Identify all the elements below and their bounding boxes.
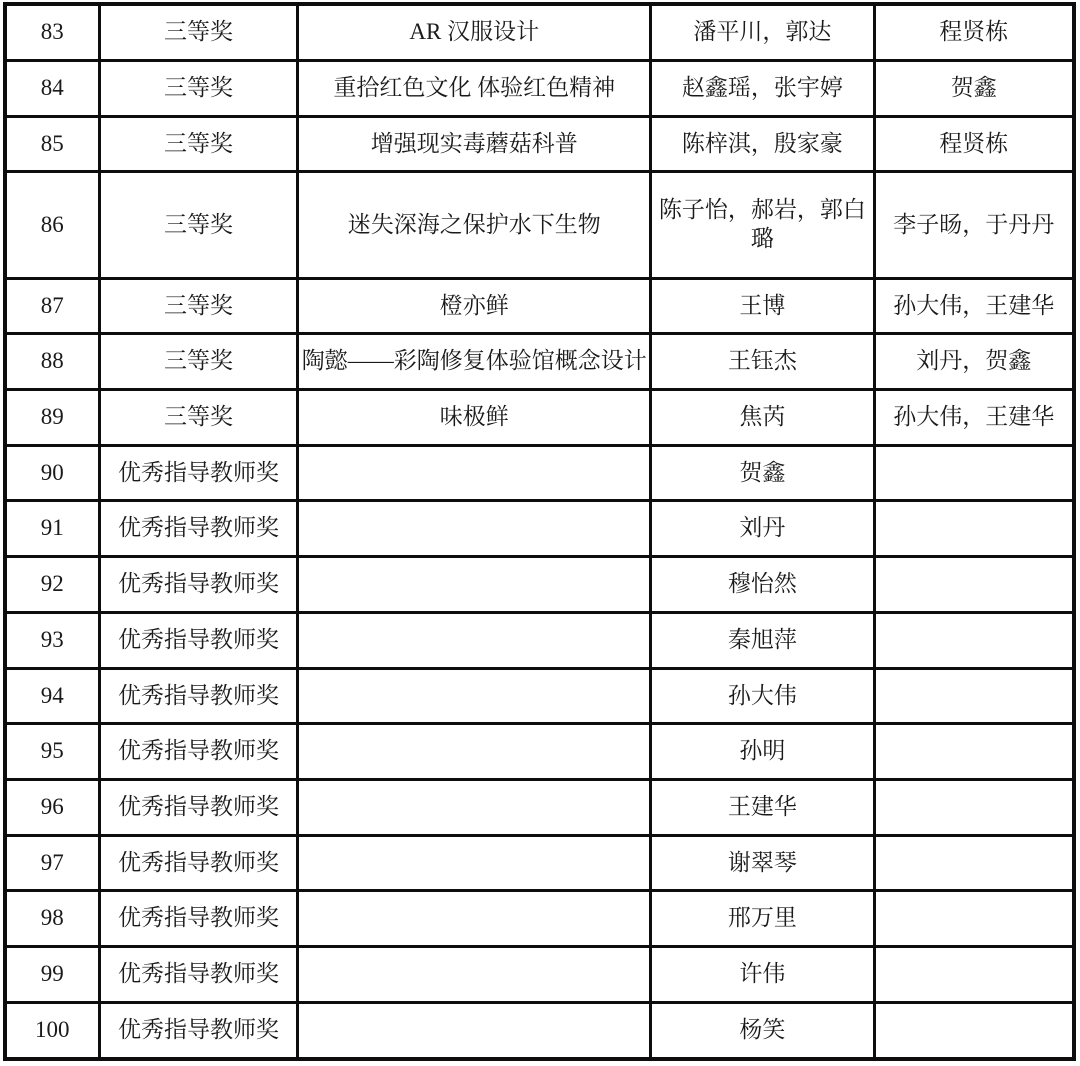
row-number-cell: 98 bbox=[5, 891, 99, 947]
awards-table: 83三等奖AR 汉服设计潘平川，郭达程贤栋84三等奖重拾红色文化 体验红色精神赵… bbox=[3, 2, 1076, 1061]
advisor-cell bbox=[874, 779, 1074, 835]
row-number-cell: 88 bbox=[5, 334, 99, 390]
advisor-cell bbox=[874, 501, 1074, 557]
award-type-cell: 优秀指导教师奖 bbox=[99, 501, 298, 557]
advisor-cell bbox=[874, 835, 1074, 891]
project-name-cell bbox=[298, 724, 651, 780]
project-name-cell: 重拾红色文化 体验红色精神 bbox=[298, 61, 651, 117]
students-cell: 谢翠琴 bbox=[651, 835, 874, 891]
row-number-cell: 97 bbox=[5, 835, 99, 891]
award-type-cell: 三等奖 bbox=[99, 390, 298, 446]
award-type-cell: 优秀指导教师奖 bbox=[99, 612, 298, 668]
project-name-cell bbox=[298, 947, 651, 1003]
advisor-cell: 刘丹，贺鑫 bbox=[874, 334, 1074, 390]
table-row: 99优秀指导教师奖许伟 bbox=[5, 947, 1074, 1003]
students-cell: 穆怡然 bbox=[651, 557, 874, 613]
row-number-cell: 94 bbox=[5, 668, 99, 724]
table-row: 95优秀指导教师奖孙明 bbox=[5, 724, 1074, 780]
row-number-cell: 84 bbox=[5, 61, 99, 117]
award-type-cell: 优秀指导教师奖 bbox=[99, 724, 298, 780]
students-cell: 王建华 bbox=[651, 779, 874, 835]
students-cell: 陈梓淇，殷家豪 bbox=[651, 116, 874, 172]
project-name-cell: 迷失深海之保护水下生物 bbox=[298, 172, 651, 278]
project-name-cell: 增强现实毒蘑菇科普 bbox=[298, 116, 651, 172]
students-cell: 焦芮 bbox=[651, 390, 874, 446]
table-row: 94优秀指导教师奖孙大伟 bbox=[5, 668, 1074, 724]
row-number-cell: 96 bbox=[5, 779, 99, 835]
project-name-cell bbox=[298, 557, 651, 613]
table-row: 88三等奖陶懿——彩陶修复体验馆概念设计王钰杰刘丹，贺鑫 bbox=[5, 334, 1074, 390]
award-type-cell: 三等奖 bbox=[99, 334, 298, 390]
advisor-cell: 孙大伟，王建华 bbox=[874, 390, 1074, 446]
row-number-cell: 92 bbox=[5, 557, 99, 613]
row-number-cell: 89 bbox=[5, 390, 99, 446]
table-row: 100优秀指导教师奖杨笑 bbox=[5, 1002, 1074, 1059]
students-cell: 潘平川，郭达 bbox=[651, 4, 874, 61]
students-cell: 贺鑫 bbox=[651, 445, 874, 501]
project-name-cell bbox=[298, 835, 651, 891]
students-cell: 刘丹 bbox=[651, 501, 874, 557]
award-type-cell: 三等奖 bbox=[99, 4, 298, 61]
table-row: 97优秀指导教师奖谢翠琴 bbox=[5, 835, 1074, 891]
students-cell: 杨笑 bbox=[651, 1002, 874, 1059]
project-name-cell bbox=[298, 501, 651, 557]
table-row: 93优秀指导教师奖秦旭萍 bbox=[5, 612, 1074, 668]
advisor-cell: 孙大伟，王建华 bbox=[874, 278, 1074, 334]
award-type-cell: 三等奖 bbox=[99, 278, 298, 334]
table-row: 91优秀指导教师奖刘丹 bbox=[5, 501, 1074, 557]
award-type-cell: 三等奖 bbox=[99, 116, 298, 172]
award-type-cell: 优秀指导教师奖 bbox=[99, 835, 298, 891]
advisor-cell bbox=[874, 947, 1074, 1003]
table-row: 84三等奖重拾红色文化 体验红色精神赵鑫瑶，张宇婷贺鑫 bbox=[5, 61, 1074, 117]
advisor-cell bbox=[874, 668, 1074, 724]
advisor-cell: 贺鑫 bbox=[874, 61, 1074, 117]
award-type-cell: 优秀指导教师奖 bbox=[99, 445, 298, 501]
project-name-cell: 橙亦鲜 bbox=[298, 278, 651, 334]
advisor-cell bbox=[874, 557, 1074, 613]
table-row: 96优秀指导教师奖王建华 bbox=[5, 779, 1074, 835]
advisor-cell: 程贤栋 bbox=[874, 116, 1074, 172]
table-row: 92优秀指导教师奖穆怡然 bbox=[5, 557, 1074, 613]
project-name-cell bbox=[298, 1002, 651, 1059]
award-type-cell: 优秀指导教师奖 bbox=[99, 779, 298, 835]
students-cell: 孙大伟 bbox=[651, 668, 874, 724]
project-name-cell bbox=[298, 891, 651, 947]
table-row: 89三等奖味极鲜焦芮孙大伟，王建华 bbox=[5, 390, 1074, 446]
row-number-cell: 85 bbox=[5, 116, 99, 172]
award-type-cell: 优秀指导教师奖 bbox=[99, 668, 298, 724]
project-name-cell bbox=[298, 612, 651, 668]
students-cell: 孙明 bbox=[651, 724, 874, 780]
row-number-cell: 91 bbox=[5, 501, 99, 557]
students-cell: 赵鑫瑶，张宇婷 bbox=[651, 61, 874, 117]
award-type-cell: 优秀指导教师奖 bbox=[99, 891, 298, 947]
students-cell: 王钰杰 bbox=[651, 334, 874, 390]
table-row: 87三等奖橙亦鲜王博孙大伟，王建华 bbox=[5, 278, 1074, 334]
students-cell: 邢万里 bbox=[651, 891, 874, 947]
project-name-cell: AR 汉服设计 bbox=[298, 4, 651, 61]
row-number-cell: 99 bbox=[5, 947, 99, 1003]
advisor-cell bbox=[874, 891, 1074, 947]
project-name-cell: 陶懿——彩陶修复体验馆概念设计 bbox=[298, 334, 651, 390]
table-row: 86三等奖迷失深海之保护水下生物陈子怡，郝岩，郭白璐李子旸，于丹丹 bbox=[5, 172, 1074, 278]
advisor-cell bbox=[874, 612, 1074, 668]
advisor-cell bbox=[874, 724, 1074, 780]
advisor-cell: 程贤栋 bbox=[874, 4, 1074, 61]
row-number-cell: 95 bbox=[5, 724, 99, 780]
project-name-cell bbox=[298, 668, 651, 724]
students-cell: 秦旭萍 bbox=[651, 612, 874, 668]
awards-table-body: 83三等奖AR 汉服设计潘平川，郭达程贤栋84三等奖重拾红色文化 体验红色精神赵… bbox=[5, 4, 1074, 1059]
row-number-cell: 83 bbox=[5, 4, 99, 61]
award-type-cell: 三等奖 bbox=[99, 172, 298, 278]
award-type-cell: 优秀指导教师奖 bbox=[99, 1002, 298, 1059]
award-type-cell: 三等奖 bbox=[99, 61, 298, 117]
advisor-cell bbox=[874, 1002, 1074, 1059]
students-cell: 王博 bbox=[651, 278, 874, 334]
row-number-cell: 86 bbox=[5, 172, 99, 278]
students-cell: 许伟 bbox=[651, 947, 874, 1003]
document-page: 83三等奖AR 汉服设计潘平川，郭达程贤栋84三等奖重拾红色文化 体验红色精神赵… bbox=[3, 2, 1076, 1061]
award-type-cell: 优秀指导教师奖 bbox=[99, 947, 298, 1003]
advisor-cell bbox=[874, 445, 1074, 501]
advisor-cell: 李子旸，于丹丹 bbox=[874, 172, 1074, 278]
table-row: 98优秀指导教师奖邢万里 bbox=[5, 891, 1074, 947]
project-name-cell: 味极鲜 bbox=[298, 390, 651, 446]
row-number-cell: 93 bbox=[5, 612, 99, 668]
row-number-cell: 100 bbox=[5, 1002, 99, 1059]
project-name-cell bbox=[298, 445, 651, 501]
row-number-cell: 90 bbox=[5, 445, 99, 501]
row-number-cell: 87 bbox=[5, 278, 99, 334]
table-row: 90优秀指导教师奖贺鑫 bbox=[5, 445, 1074, 501]
award-type-cell: 优秀指导教师奖 bbox=[99, 557, 298, 613]
table-row: 85三等奖增强现实毒蘑菇科普陈梓淇，殷家豪程贤栋 bbox=[5, 116, 1074, 172]
project-name-cell bbox=[298, 779, 651, 835]
table-row: 83三等奖AR 汉服设计潘平川，郭达程贤栋 bbox=[5, 4, 1074, 61]
students-cell: 陈子怡，郝岩，郭白璐 bbox=[651, 172, 874, 278]
